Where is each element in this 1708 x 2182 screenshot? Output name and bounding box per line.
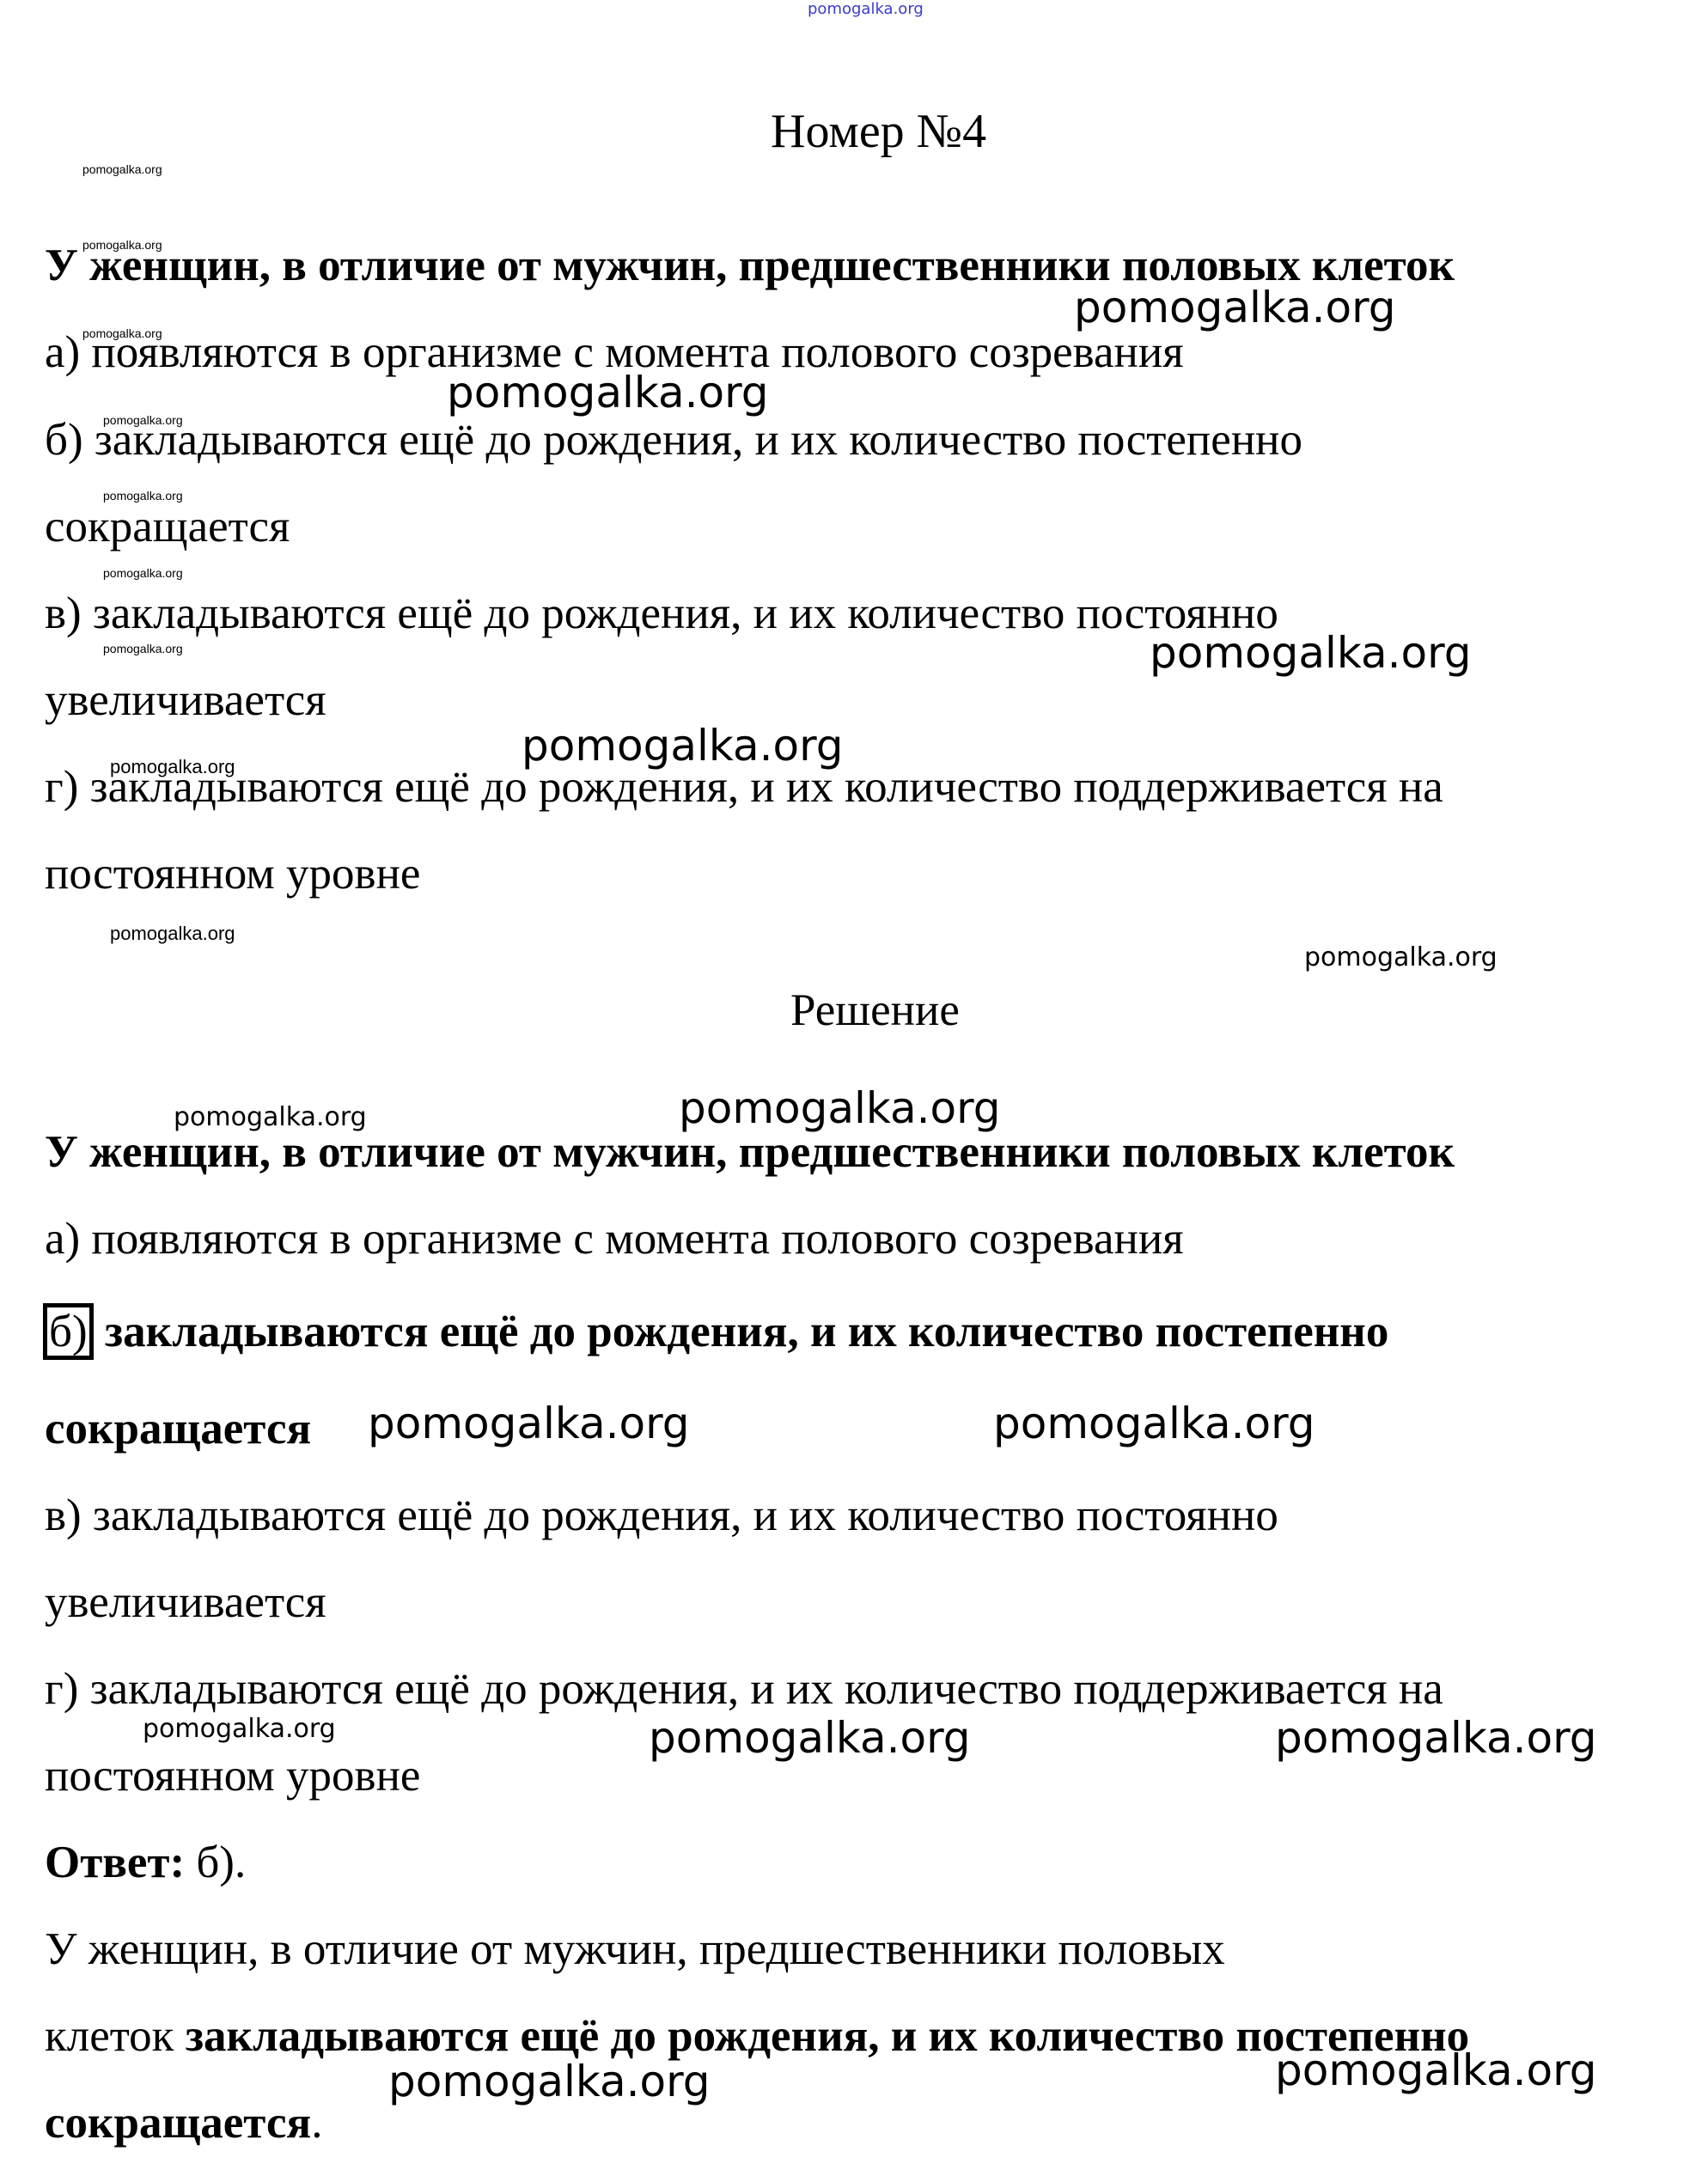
correct-answer-text: закладываются ещё до рождения, и их коли… <box>105 1307 1388 1356</box>
watermark: pomogalka.org <box>110 924 235 943</box>
watermark: pomogalka.org <box>1150 631 1472 674</box>
watermark: pomogalka.org <box>1074 286 1396 329</box>
option-g-line1: г) закладываются ещё до рождения, и их к… <box>45 765 1443 810</box>
watermark: pomogalka.org <box>368 1402 690 1445</box>
answer-line: Ответ: б). <box>45 1840 246 1886</box>
watermark: pomogalka.org <box>103 490 183 502</box>
option-b-line2: сокращается <box>45 504 290 550</box>
watermark: pomogalka.org <box>143 1716 336 1742</box>
watermark: pomogalka.org <box>447 371 769 414</box>
watermark: pomogalka.org <box>649 1716 971 1759</box>
answer-value: б). <box>185 1838 246 1887</box>
watermark: pomogalka.org <box>103 567 183 579</box>
watermark: pomogalka.org <box>82 163 162 175</box>
answer-label: Ответ: <box>45 1838 185 1887</box>
watermark: pomogalka.org <box>1275 2049 1597 2092</box>
option-v-line2: увеличивается <box>45 678 326 723</box>
explanation-line2: клеток закладываются ещё до рождения, и … <box>45 2014 1469 2059</box>
watermark: pomogalka.org <box>993 1402 1315 1445</box>
explanation-period: . <box>311 2098 322 2148</box>
page-title: Номер №4 <box>771 107 986 155</box>
solution-option-b-line2: сокращается <box>45 1406 311 1452</box>
explanation-plain: клеток <box>45 2011 186 2061</box>
solution-option-a: а) появляются в организме с момента поло… <box>45 1216 1184 1262</box>
watermark: pomogalka.org <box>388 2060 711 2103</box>
watermark: pomogalka.org <box>103 643 183 655</box>
option-v-line1: в) закладываются ещё до рождения, и их к… <box>45 591 1278 637</box>
watermark: pomogalka.org <box>522 724 844 767</box>
watermark-top: pomogalka.org <box>808 0 924 18</box>
explanation-line1: У женщин, в отличие от мужчин, предшеств… <box>45 1927 1225 1972</box>
solution-question: У женщин, в отличие от мужчин, предшеств… <box>45 1130 1455 1175</box>
solution-option-b-line1: б) закладываются ещё до рождения, и их к… <box>43 1303 1388 1360</box>
solution-heading: Решение <box>790 988 960 1033</box>
correct-answer-marker: б) <box>43 1303 94 1360</box>
option-g-line2: постоянном уровне <box>45 851 420 897</box>
solution-option-g-line2: постоянном уровне <box>45 1753 420 1799</box>
watermark: pomogalka.org <box>1275 1716 1597 1759</box>
solution-option-v-line2: увеличивается <box>45 1580 326 1625</box>
watermark: pomogalka.org <box>1304 945 1498 971</box>
explanation-bold-end: сокращается <box>45 2098 311 2148</box>
watermark: pomogalka.org <box>679 1087 1001 1130</box>
explanation-line3: сокращается. <box>45 2100 322 2146</box>
option-b-line1: б) закладываются ещё до рождения, и их к… <box>45 418 1302 463</box>
solution-option-g-line1: г) закладываются ещё до рождения, и их к… <box>45 1667 1443 1712</box>
solution-option-v-line1: в) закладываются ещё до рождения, и их к… <box>45 1493 1278 1539</box>
